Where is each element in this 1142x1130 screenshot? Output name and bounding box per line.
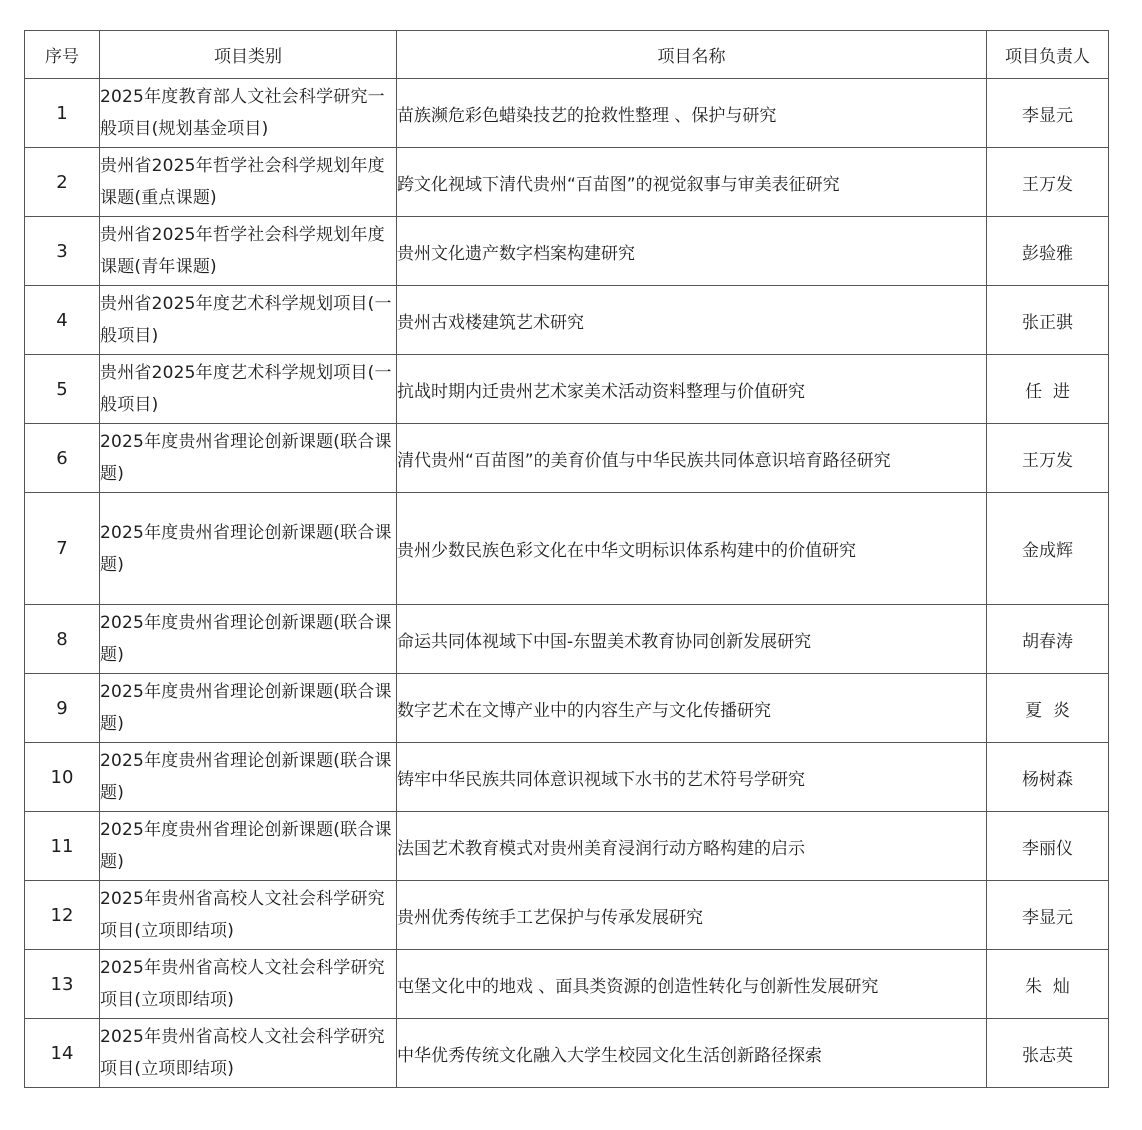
table-row: 10 2025年度贵州省理论创新课题(联合课题) 铸牢中华民族共同体意识视域下水… xyxy=(25,743,1109,812)
cell-leader: 杨树森 xyxy=(987,743,1109,812)
table-row: 6 2025年度贵州省理论创新课题(联合课题) 清代贵州“百苗图”的美育价值与中… xyxy=(25,424,1109,493)
cell-name: 铸牢中华民族共同体意识视域下水书的艺术符号学研究 xyxy=(397,743,987,812)
cell-leader: 李丽仪 xyxy=(987,812,1109,881)
cell-category: 贵州省2025年哲学社会科学规划年度课题(重点课题) xyxy=(100,148,397,217)
cell-index: 2 xyxy=(25,148,100,217)
header-name: 项目名称 xyxy=(397,31,987,79)
cell-leader: 金成辉 xyxy=(987,493,1109,605)
cell-index: 1 xyxy=(25,79,100,148)
cell-index: 9 xyxy=(25,674,100,743)
cell-category: 2025年度贵州省理论创新课题(联合课题) xyxy=(100,812,397,881)
header-leader: 项目负责人 xyxy=(987,31,1109,79)
table-row: 9 2025年度贵州省理论创新课题(联合课题) 数字艺术在文博产业中的内容生产与… xyxy=(25,674,1109,743)
cell-leader: 夏 炎 xyxy=(987,674,1109,743)
cell-index: 10 xyxy=(25,743,100,812)
cell-category: 2025年贵州省高校人文社会科学研究项目(立项即结项) xyxy=(100,950,397,1019)
table-row: 14 2025年贵州省高校人文社会科学研究项目(立项即结项) 中华优秀传统文化融… xyxy=(25,1019,1109,1088)
cell-name: 法国艺术教育模式对贵州美育浸润行动方略构建的启示 xyxy=(397,812,987,881)
cell-name: 贵州古戏楼建筑艺术研究 xyxy=(397,286,987,355)
cell-index: 11 xyxy=(25,812,100,881)
cell-leader: 任 进 xyxy=(987,355,1109,424)
cell-name: 中华优秀传统文化融入大学生校园文化生活创新路径探索 xyxy=(397,1019,987,1088)
cell-index: 14 xyxy=(25,1019,100,1088)
cell-leader: 王万发 xyxy=(987,148,1109,217)
cell-leader: 彭验雅 xyxy=(987,217,1109,286)
cell-category: 贵州省2025年度艺术科学规划项目(一般项目) xyxy=(100,355,397,424)
cell-index: 7 xyxy=(25,493,100,605)
header-index: 序号 xyxy=(25,31,100,79)
table-row: 3 贵州省2025年哲学社会科学规划年度课题(青年课题) 贵州文化遗产数字档案构… xyxy=(25,217,1109,286)
table-row: 5 贵州省2025年度艺术科学规划项目(一般项目) 抗战时期内迁贵州艺术家美术活… xyxy=(25,355,1109,424)
cell-index: 13 xyxy=(25,950,100,1019)
table-row: 2 贵州省2025年哲学社会科学规划年度课题(重点课题) 跨文化视域下清代贵州“… xyxy=(25,148,1109,217)
table-row: 1 2025年度教育部人文社会科学研究一般项目(规划基金项目) 苗族濒危彩色蜡染… xyxy=(25,79,1109,148)
cell-index: 12 xyxy=(25,881,100,950)
cell-index: 3 xyxy=(25,217,100,286)
cell-name: 清代贵州“百苗图”的美育价值与中华民族共同体意识培育路径研究 xyxy=(397,424,987,493)
cell-category: 2025年度贵州省理论创新课题(联合课题) xyxy=(100,743,397,812)
cell-index: 8 xyxy=(25,605,100,674)
cell-category: 贵州省2025年哲学社会科学规划年度课题(青年课题) xyxy=(100,217,397,286)
cell-category: 2025年度贵州省理论创新课题(联合课题) xyxy=(100,674,397,743)
cell-category: 2025年度贵州省理论创新课题(联合课题) xyxy=(100,605,397,674)
cell-leader: 胡春涛 xyxy=(987,605,1109,674)
cell-leader: 李显元 xyxy=(987,881,1109,950)
cell-leader: 朱 灿 xyxy=(987,950,1109,1019)
cell-name: 抗战时期内迁贵州艺术家美术活动资料整理与价值研究 xyxy=(397,355,987,424)
cell-category: 2025年度教育部人文社会科学研究一般项目(规划基金项目) xyxy=(100,79,397,148)
table-row: 8 2025年度贵州省理论创新课题(联合课题) 命运共同体视域下中国-东盟美术教… xyxy=(25,605,1109,674)
cell-name: 数字艺术在文博产业中的内容生产与文化传播研究 xyxy=(397,674,987,743)
cell-index: 5 xyxy=(25,355,100,424)
table-row: 13 2025年贵州省高校人文社会科学研究项目(立项即结项) 屯堡文化中的地戏 … xyxy=(25,950,1109,1019)
cell-category: 2025年贵州省高校人文社会科学研究项目(立项即结项) xyxy=(100,1019,397,1088)
table-row: 11 2025年度贵州省理论创新课题(联合课题) 法国艺术教育模式对贵州美育浸润… xyxy=(25,812,1109,881)
cell-category: 贵州省2025年度艺术科学规划项目(一般项目) xyxy=(100,286,397,355)
projects-table: 序号 项目类别 项目名称 项目负责人 1 2025年度教育部人文社会科学研究一般… xyxy=(24,30,1109,1088)
table-row: 4 贵州省2025年度艺术科学规划项目(一般项目) 贵州古戏楼建筑艺术研究 张正… xyxy=(25,286,1109,355)
cell-leader: 王万发 xyxy=(987,424,1109,493)
cell-name: 跨文化视域下清代贵州“百苗图”的视觉叙事与审美表征研究 xyxy=(397,148,987,217)
cell-name: 屯堡文化中的地戏 、面具类资源的创造性转化与创新性发展研究 xyxy=(397,950,987,1019)
cell-name: 贵州文化遗产数字档案构建研究 xyxy=(397,217,987,286)
cell-category: 2025年度贵州省理论创新课题(联合课题) xyxy=(100,493,397,605)
header-category: 项目类别 xyxy=(100,31,397,79)
cell-category: 2025年度贵州省理论创新课题(联合课题) xyxy=(100,424,397,493)
cell-leader: 张正骐 xyxy=(987,286,1109,355)
cell-index: 4 xyxy=(25,286,100,355)
table-row: 7 2025年度贵州省理论创新课题(联合课题) 贵州少数民族色彩文化在中华文明标… xyxy=(25,493,1109,605)
cell-category: 2025年贵州省高校人文社会科学研究项目(立项即结项) xyxy=(100,881,397,950)
table-row: 12 2025年贵州省高校人文社会科学研究项目(立项即结项) 贵州优秀传统手工艺… xyxy=(25,881,1109,950)
cell-leader: 李显元 xyxy=(987,79,1109,148)
cell-name: 贵州少数民族色彩文化在中华文明标识体系构建中的价值研究 xyxy=(397,493,987,605)
cell-leader: 张志英 xyxy=(987,1019,1109,1088)
cell-name: 命运共同体视域下中国-东盟美术教育协同创新发展研究 xyxy=(397,605,987,674)
cell-name: 贵州优秀传统手工艺保护与传承发展研究 xyxy=(397,881,987,950)
cell-name: 苗族濒危彩色蜡染技艺的抢救性整理 、保护与研究 xyxy=(397,79,987,148)
table-header-row: 序号 项目类别 项目名称 项目负责人 xyxy=(25,31,1109,79)
cell-index: 6 xyxy=(25,424,100,493)
